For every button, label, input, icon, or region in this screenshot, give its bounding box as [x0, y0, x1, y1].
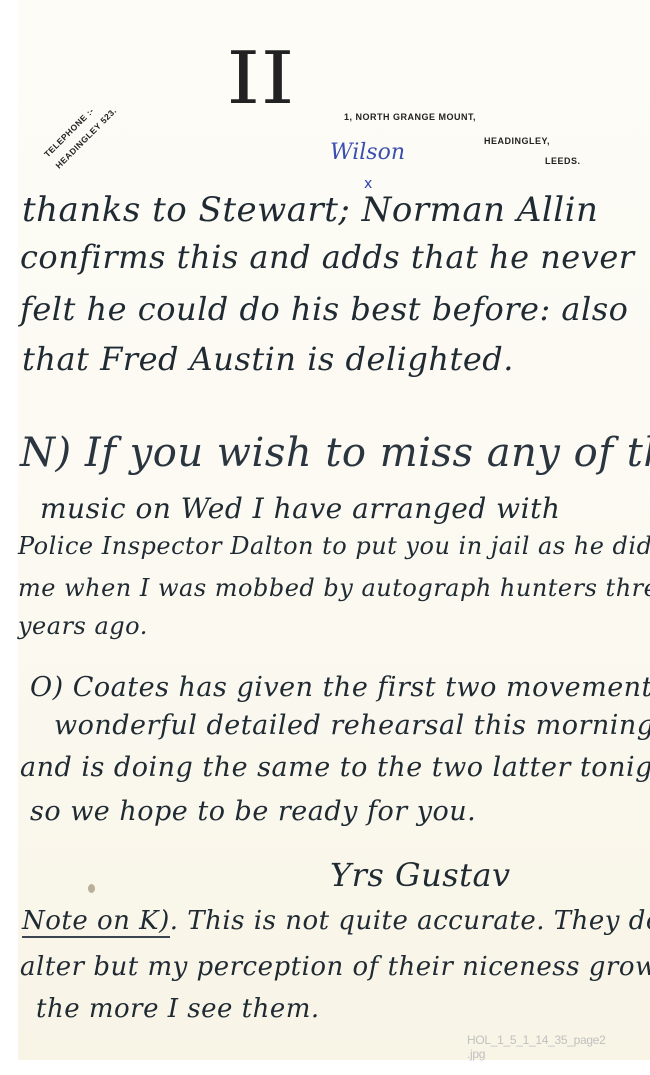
body-line: that Fred Austin is delighted. — [22, 340, 514, 378]
address-line-2: HEADINGLEY, — [484, 136, 550, 146]
address-line-3: LEEDS. — [545, 156, 581, 166]
note-line: alter but my perception of their nicenes… — [20, 952, 650, 982]
body-line: N) If you wish to miss any of the — [20, 430, 650, 476]
filename-line-1: HOL_1_5_1_14_35_page2 — [467, 1033, 606, 1047]
body-line: Police Inspector Dalton to put you in ja… — [18, 532, 650, 560]
body-line: felt he could do his best before: also — [20, 290, 628, 328]
filename-line-2: .jpg — [467, 1047, 606, 1061]
body-line: O) Coates has given the first two moveme… — [30, 672, 650, 703]
body-line: wonderful detailed rehearsal this mornin… — [54, 710, 650, 741]
annotation-wilson: Wilson — [330, 140, 405, 165]
note-text: . This is not quite accurate. They do no… — [170, 906, 650, 936]
note-line: the more I see them. — [36, 994, 320, 1024]
body-line: years ago. — [18, 612, 148, 640]
filename-label: HOL_1_5_1_14_35_page2 .jpg — [467, 1033, 606, 1061]
body-line: and is doing the same to the two latter … — [20, 752, 650, 783]
body-line: so we hope to be ready for you. — [30, 796, 476, 827]
note-line-1: Note on K). This is not quite accurate. … — [22, 906, 650, 936]
body-line: music on Wed I have arranged with — [40, 492, 560, 525]
signature: Yrs Gustav — [330, 856, 511, 894]
paper-stain — [88, 884, 95, 893]
body-line: confirms this and adds that he never — [20, 238, 635, 276]
address-line-1: 1, NORTH GRANGE MOUNT, — [344, 112, 476, 122]
page-marker: II — [226, 36, 294, 120]
body-line: thanks to Stewart; Norman Allin — [22, 190, 598, 230]
note-label: Note on K) — [22, 906, 170, 938]
body-line: me when I was mobbed by autograph hunter… — [18, 574, 650, 602]
